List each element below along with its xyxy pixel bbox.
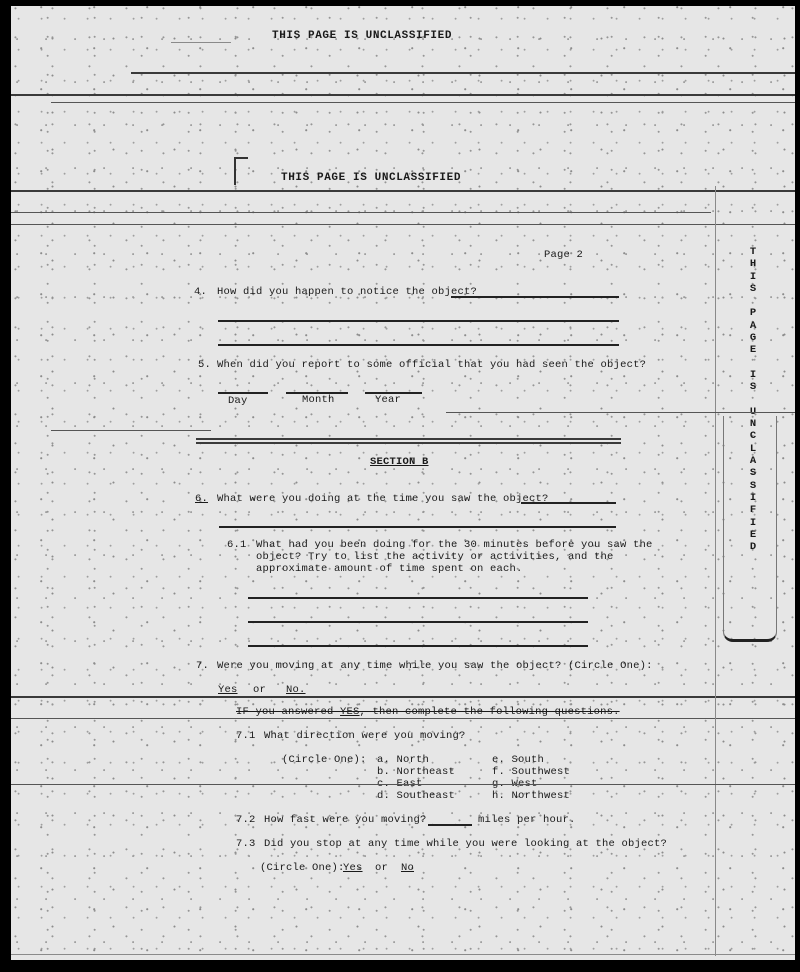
q7-3-no-option[interactable]: No <box>401 862 414 875</box>
q5-text: When did you report to some official tha… <box>217 359 646 372</box>
q6-1-answer-line-3[interactable] <box>248 645 588 647</box>
scan-line <box>131 72 795 74</box>
q6-answer-line-1[interactable] <box>521 502 616 504</box>
page-number: Page 2 <box>544 249 583 262</box>
q7-3-text: Did you stop at any time while you were … <box>264 838 667 851</box>
q5-year-label: Year <box>375 394 401 407</box>
q7-2-text: How fast were you moving? <box>264 814 427 827</box>
q5-month-label: Month <box>302 394 335 407</box>
q7-1-number: 7.1 <box>236 730 256 743</box>
scan-line <box>11 190 795 192</box>
q6-text: What were you doing at the time you saw … <box>217 493 549 506</box>
direction-option-northwest[interactable]: h. Northwest <box>492 790 570 803</box>
q6-1-answer-line-2[interactable] <box>248 621 588 623</box>
q7-1-circle-label: (Circle One): <box>282 754 367 767</box>
q7-3-yes-option[interactable]: Yes <box>343 862 363 875</box>
scan-edge <box>715 186 716 956</box>
side-bracket <box>723 416 777 642</box>
q7-instruction-yes: YES <box>340 706 360 718</box>
q7-no-option[interactable]: No. <box>286 684 306 697</box>
q6-number: 6. <box>195 493 205 506</box>
q6-1-number: 6.1 <box>227 539 247 552</box>
section-divider <box>196 442 621 444</box>
q7-or-text: or <box>253 684 266 697</box>
q7-3-or-text: or <box>375 862 388 875</box>
scan-line <box>11 784 795 785</box>
q4-text: How did you happen to notice the object? <box>217 286 477 299</box>
corner-mark <box>234 157 248 185</box>
scanned-form-page: THIS PAGE IS UNCLASSIFIED THIS PAGE IS U… <box>11 6 795 960</box>
q6-1-answer-line-1[interactable] <box>248 597 588 599</box>
scan-line <box>11 696 795 698</box>
classification-banner-top: THIS PAGE IS UNCLASSIFIED <box>272 30 452 43</box>
scan-line <box>51 430 211 431</box>
q7-3-number: 7.3 <box>236 838 256 851</box>
q7-1-text: What direction were you moving? <box>264 730 466 743</box>
q4-answer-line-2[interactable] <box>218 320 619 322</box>
q4-answer-line-1[interactable] <box>451 296 619 298</box>
q4-number: 4. <box>194 286 207 299</box>
q7-3-circle-label: (Circle One): <box>260 862 345 875</box>
scan-line <box>11 224 795 225</box>
q7-yes-option[interactable]: Yes <box>218 684 238 697</box>
q5-day-label: Day <box>228 395 248 408</box>
scan-line <box>11 954 795 955</box>
section-title: SECTION B <box>370 456 429 469</box>
direction-option-southeast[interactable]: d. Southeast <box>377 790 455 803</box>
q7-2-speed-input-line[interactable] <box>428 824 472 826</box>
q7-instruction-suffix: , then complete the following questions. <box>360 706 620 718</box>
q5-number: 5. <box>198 359 211 372</box>
q7-number: 7. <box>196 660 209 673</box>
scan-line <box>171 42 231 43</box>
scan-line <box>11 212 711 213</box>
q6-answer-line-2[interactable] <box>219 526 616 528</box>
scan-line <box>11 94 795 96</box>
scan-line <box>446 412 795 413</box>
q7-instruction: IF you answered YES, then complete the f… <box>236 706 620 719</box>
q6-1-line-3: approximate amount of time spent on each… <box>256 563 523 576</box>
q7-2-unit: miles per hour. <box>478 814 576 827</box>
section-divider <box>196 438 621 440</box>
scan-line <box>51 102 795 103</box>
q7-instruction-prefix: IF you answered <box>236 706 340 718</box>
q7-text: Were you moving at any time while you sa… <box>217 660 653 673</box>
q4-answer-line-3[interactable] <box>218 344 619 346</box>
classification-banner-inner: THIS PAGE IS UNCLASSIFIED <box>281 172 461 185</box>
q5-day-line[interactable] <box>218 392 268 394</box>
q7-2-number: 7.2 <box>236 814 256 827</box>
